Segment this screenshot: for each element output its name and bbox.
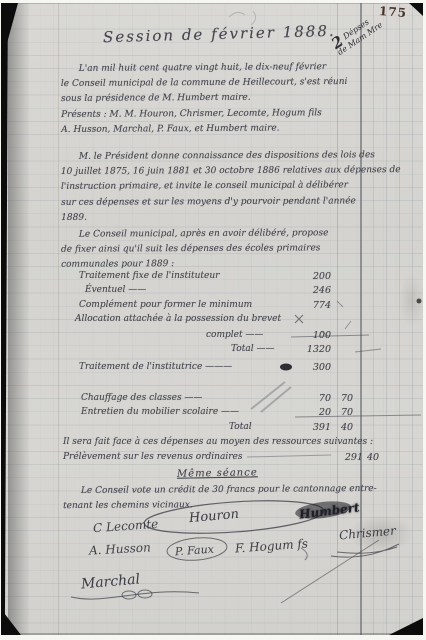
expense-centimes: 70 <box>341 407 365 418</box>
total-francs: 1320 <box>295 344 331 355</box>
expense-row: Entretien du mobilier scolaire —— 20 70 <box>1 407 423 421</box>
expense-row: complet —— 100 <box>1 330 423 344</box>
expense-label: Éventuel —— <box>85 285 146 295</box>
text-line: A. Husson, Marchal, P. Faux, et Humbert … <box>61 121 348 138</box>
expense-row: Traitement fixe de l'instituteur 200 <box>1 271 423 285</box>
text-line: 1889. <box>61 209 401 226</box>
resource-label: Prélèvement sur les revenus ordinaires <box>63 452 242 462</box>
expense-label: Allocation attachée à la possession du b… <box>75 314 281 324</box>
expense-row: Traitement de l'institutrice ——— 300 <box>1 362 423 376</box>
expense-row: Allocation attachée à la possession du b… <box>1 314 423 328</box>
register-scan: 175 2Dépses de Mam Mre Session de févrie… <box>0 0 426 640</box>
resource-francs: 291 <box>333 452 363 463</box>
expense-francs: 246 <box>295 285 331 296</box>
expense-francs: 200 <box>295 271 331 282</box>
text-line: sur ces dépenses et sur les moyens d'y p… <box>61 194 401 211</box>
text-line: Le Conseil vote un crédit de 30 francs p… <box>63 482 377 499</box>
expense-francs: 70 <box>295 393 331 404</box>
expense-francs: 100 <box>295 330 331 341</box>
expense-francs: 774 <box>295 300 331 311</box>
total-centimes: 40 <box>341 422 365 433</box>
laws-paragraph: M. le Président donne connaissance des d… <box>61 148 401 226</box>
text-line: le Conseil municipal de la commune de He… <box>61 75 348 92</box>
total-label: Total <box>229 422 252 432</box>
expense-label: complet —— <box>206 330 263 340</box>
resource-centimes: 40 <box>367 452 391 463</box>
text-line: Le Conseil municipal, après en avoir dél… <box>61 226 329 243</box>
expense-row: Éventuel —— 246 <box>1 285 423 299</box>
total-label: Total —— <box>231 344 274 354</box>
expense-label: Traitement fixe de l'instituteur <box>79 271 219 281</box>
text-line: Il sera fait face à ces dépenses au moye… <box>63 437 373 447</box>
text-line: 10 juillet 1875, 16 juin 1881 et 30 octo… <box>61 163 401 180</box>
resources-row: Prélèvement sur les revenus ordinaires 2… <box>1 452 423 466</box>
expense-centimes: 70 <box>341 393 365 404</box>
expense-row: Complément pour former le minimum 774 <box>1 300 423 314</box>
text-line: M. le Président donne connaissance des d… <box>61 148 401 165</box>
resources-intro: Il sera fait face à ces dépenses au moye… <box>1 437 423 451</box>
total-francs: 391 <box>295 422 331 433</box>
expense-row: Chauffage des classes —— 70 70 <box>1 393 423 407</box>
expense-francs: 20 <box>295 407 331 418</box>
proposal-paragraph: Le Conseil municipal, après en avoir dél… <box>61 226 329 273</box>
text-line: de fixer ainsi qu'il suit les dépenses d… <box>61 242 329 259</box>
expense-label: Complément pour former le minimum <box>79 300 252 310</box>
text-line: Présents : M. M. Houron, Chrismer, Lecom… <box>61 106 348 123</box>
expense-total-row: Total 391 40 <box>1 422 423 436</box>
expense-label: Traitement de l'institutrice ——— <box>79 362 232 372</box>
top-edge <box>1 3 423 4</box>
opening-paragraph: L'an mil huit cent quatre vingt huit, le… <box>61 60 348 138</box>
signature-faux: P. Faux <box>175 543 215 559</box>
expense-label: Chauffage des classes —— <box>81 393 202 403</box>
expense-label: Entretien du mobilier scolaire —— <box>81 407 239 417</box>
second-item-heading: Même séance <box>177 467 258 479</box>
expense-francs: 300 <box>295 362 331 373</box>
bottom-edge <box>1 633 423 635</box>
text-line: l'instruction primaire, et invite le con… <box>61 179 401 196</box>
expense-total-row: Total —— 1320 <box>1 344 423 358</box>
page-number: 175 <box>379 4 408 20</box>
register-page: 175 2Dépses de Mam Mre Session de févrie… <box>1 3 423 635</box>
